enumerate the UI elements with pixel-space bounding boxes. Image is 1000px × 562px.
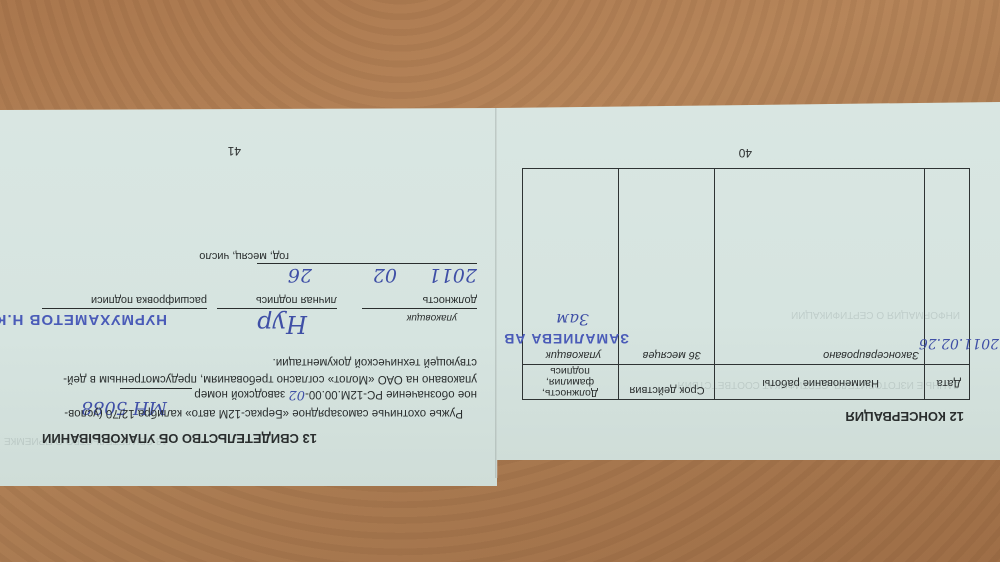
page-40: 40 ДАННЫЕ ИЗГОТОВИТЕЛЯ, СЕРТИФИКАТ СООТВ… — [497, 102, 1000, 460]
conservation-table: Дата Наименование работы Срок действия Д… — [522, 168, 970, 400]
handwritten-day: 26 — [288, 264, 312, 286]
packer-stamp: ЗАМАЛИЕВА АВ — [503, 331, 629, 347]
position-label: должность — [422, 294, 477, 306]
signature-underline — [217, 308, 337, 309]
header-signature: Должность, фамилия, подпись — [527, 365, 613, 398]
serial-underline — [120, 388, 192, 389]
handwritten-designation-suffix: 02 — [288, 387, 305, 402]
cell-term: 36 месяцев — [643, 349, 701, 361]
body-line-5: ствующей технической документации. — [273, 356, 477, 368]
body-line-4: упаковано на ОАО «Молот» согласно требов… — [63, 373, 477, 385]
body-line-2: ное обозначение РС-12М.00.00-02 заводско… — [194, 387, 477, 402]
designation-text: ное обозначение РС-12М.00.00- — [305, 388, 477, 400]
section-title: 13 СВИДЕТЕЛЬСТВО ОБ УПАКОВЫВАНИИ — [42, 431, 317, 446]
signature-label: личная подпись — [256, 294, 337, 306]
handwritten-year: 2011 — [429, 264, 477, 286]
header-date: Дата — [937, 377, 961, 389]
cell-work: Законсервировано — [823, 349, 919, 361]
decoding-label: расшифровка подписи — [91, 294, 207, 306]
header-work: Наименование работы — [762, 377, 879, 389]
cell-date: 2011.02.26 — [919, 335, 999, 351]
decoding-stamp: НУРМУХАМЕТОВ Н.Ю. — [0, 311, 167, 328]
packer-signature: Зам — [556, 310, 589, 329]
position-value: упаковщик — [407, 312, 457, 323]
handwritten-month: 02 — [373, 264, 397, 286]
header-term: Срок действия — [627, 384, 707, 396]
page-number: 40 — [739, 146, 752, 160]
position-underline — [362, 308, 477, 309]
decoding-underline — [42, 308, 207, 309]
page-41: 41 13 СВИДЕТЕЛЬСТВО О ПРИЕМКЕ год, месяц… — [0, 108, 497, 486]
date-label: год, месяц, число — [199, 250, 289, 262]
body-line-1: Ружье охотничье самозарядное «Беркас-12М… — [64, 407, 463, 419]
page-number: 41 — [228, 144, 241, 158]
cell-signature-position: упаковщик — [546, 349, 601, 361]
serial-label: заводской номер — [194, 388, 285, 400]
personal-signature: Hyp — [257, 310, 307, 338]
section-title: 12 КОНСЕРВАЦИЯ — [845, 409, 964, 424]
